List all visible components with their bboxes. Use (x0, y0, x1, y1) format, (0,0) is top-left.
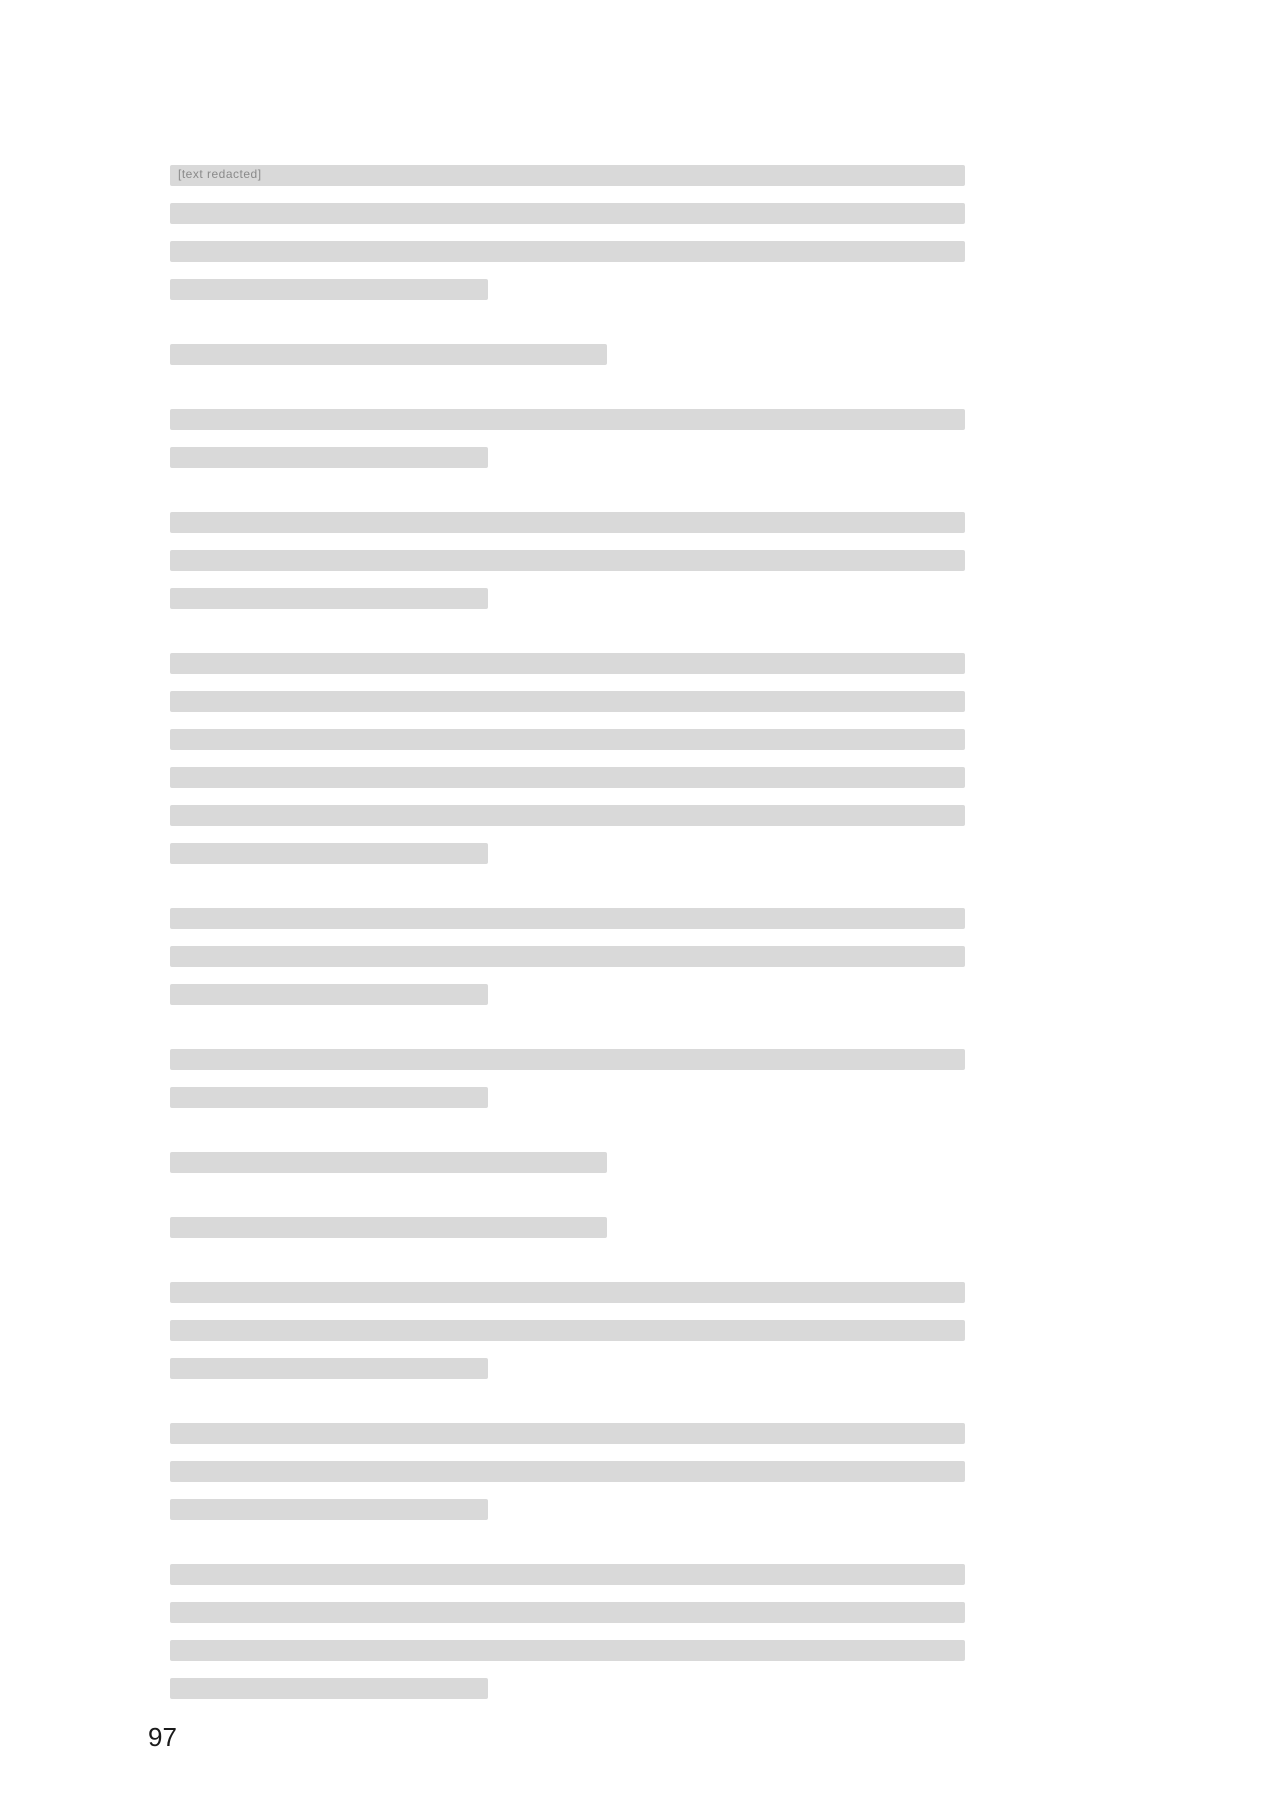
redacted-text-line (170, 805, 965, 826)
redacted-text-line (170, 1087, 488, 1108)
redacted-text-line (170, 1358, 488, 1379)
dialogue-paragraph-redacted (170, 512, 965, 609)
redacted-text-line: [text redacted] (170, 165, 965, 186)
redacted-text-line (170, 550, 965, 571)
redacted-text-line (170, 241, 965, 262)
redacted-text-line (170, 1461, 965, 1482)
redacted-text-line (170, 279, 488, 300)
redacted-text-line (170, 1499, 488, 1520)
redacted-text-line (170, 1152, 607, 1173)
redacted-text-line (170, 1320, 965, 1341)
redacted-text-line (170, 1423, 965, 1444)
document-page: [text redacted] 97 (0, 0, 1280, 1810)
redacted-text-line (170, 691, 965, 712)
redacted-text-line (170, 843, 488, 864)
redacted-text-line (170, 588, 488, 609)
narration-paragraph-redacted: [text redacted] (170, 165, 965, 300)
narration-paragraph-redacted (170, 653, 965, 864)
redacted-text-line (170, 1602, 965, 1623)
dialogue-paragraph-redacted (170, 1282, 965, 1379)
redaction-label: [text redacted] (178, 167, 262, 181)
redacted-text-line (170, 203, 965, 224)
redacted-text-line (170, 1640, 965, 1661)
redacted-text-line (170, 767, 965, 788)
narration-paragraph-redacted (170, 1564, 965, 1699)
page-number: 97 (148, 1722, 177, 1753)
redacted-text-line (170, 729, 965, 750)
dialogue-paragraph-redacted (170, 1049, 965, 1108)
dialogue-paragraph-redacted (170, 1423, 965, 1520)
redacted-text-line (170, 409, 965, 430)
redacted-text-line (170, 512, 965, 533)
dialogue-paragraph-redacted (170, 344, 965, 365)
redacted-text-line (170, 344, 607, 365)
redacted-text-line (170, 1217, 607, 1238)
redacted-text-line (170, 653, 965, 674)
redacted-text-line (170, 984, 488, 1005)
narration-paragraph-redacted (170, 1152, 965, 1173)
redacted-text-line (170, 1282, 965, 1303)
redacted-text-line (170, 447, 488, 468)
redacted-text-line (170, 946, 965, 967)
text-area: [text redacted] (170, 165, 965, 1743)
dialogue-paragraph-redacted (170, 409, 965, 468)
redacted-text-line (170, 908, 965, 929)
redacted-text-line (170, 1678, 488, 1699)
redacted-text-line (170, 1049, 965, 1070)
dialogue-paragraph-redacted (170, 908, 965, 1005)
redacted-text-line (170, 1564, 965, 1585)
dialogue-paragraph-redacted (170, 1217, 965, 1238)
